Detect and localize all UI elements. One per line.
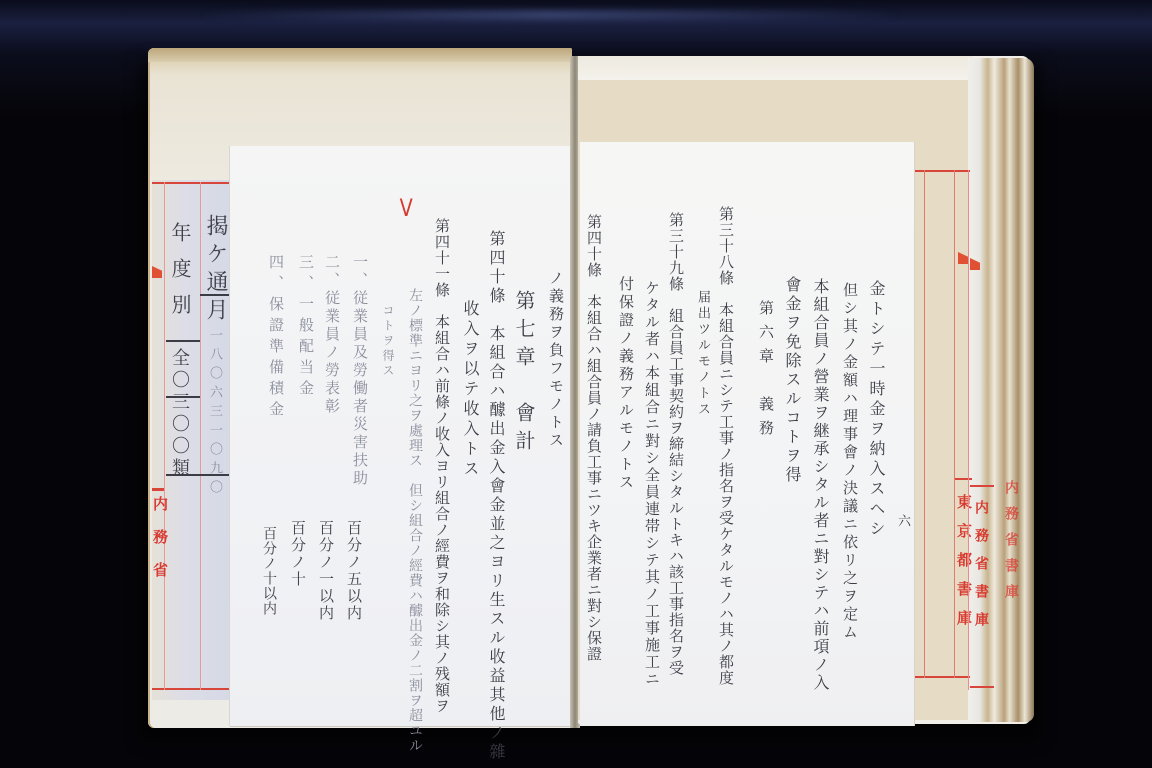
- amount-4: 百分ノ十以内: [262, 526, 276, 616]
- text-col: 左ノ標準ニヨリ之ヲ處理ス 但シ組合ノ經費ハ醵出金ノ二割ヲ超ユル: [408, 288, 422, 753]
- red-stamp-archive-rear: 内務省書庫: [1004, 480, 1018, 610]
- red-rule-bottom: [910, 676, 970, 678]
- article-41: 第四十一條 本組合ハ前條ノ收入ヨリ組合ノ經費ヲ和除シ其ノ残額ヲ: [434, 218, 449, 714]
- edge-red-rule: [968, 170, 969, 690]
- amount-2: 百分ノ一以内: [318, 520, 333, 622]
- strip-year: 年度別: [170, 222, 190, 330]
- list-item-2: 二、従業員ノ勞表彰: [324, 254, 339, 416]
- text-col: 但シ其ノ金額ハ理事會ノ決議ニ依リ之ヲ定ム: [842, 282, 857, 642]
- chapter-heading: 第六章 義務: [758, 300, 773, 444]
- strip-class: 全〇三〇〇類: [170, 348, 188, 480]
- text-col: 付保證ノ義務アルモノトス: [618, 276, 633, 492]
- article-38: 第三十八條 本組合員ニシテ工事ノ指名ヲ受ケタルモノハ其ノ都度: [718, 206, 733, 686]
- amount-3: 百分ノ十: [290, 520, 305, 588]
- red-stamp-ministry: 内務省: [152, 496, 167, 595]
- text-col: 本組合員ノ營業ヲ継承シタル者ニ對シテハ前項ノ入: [812, 278, 828, 692]
- right-ruled-form: 東京都書庫: [910, 168, 972, 688]
- chapter-heading: 第七章 會計: [514, 290, 534, 458]
- left-board-top-edge: [148, 48, 572, 62]
- filing-label-strip: 揭ケ通月 一八〇六三一〇九〇 年度別 全〇三〇〇類 内務省: [152, 180, 232, 700]
- list-item-1: 一、従業員及勞働者災害扶助: [352, 254, 367, 488]
- red-rule-middle: [200, 182, 201, 690]
- article-39: 第三十九條 組合員工事契約ヲ締結シタルトキハ該工事指名ヲ受: [668, 212, 683, 676]
- text-col: 金トシテ一時金ヲ納入スヘシ: [868, 280, 884, 540]
- text-col: ケタル者ハ本組合ニ對シ全員連帯シテ其ノ工事施工ニ: [644, 280, 659, 688]
- red-index-tab: [152, 266, 162, 278]
- strip-number: 一八〇六三一〇九〇: [208, 328, 221, 499]
- text-col: コトヲ得ス: [382, 304, 394, 379]
- article-40: 第四十條 本組合ハ醵出金入會金並之ヨリ生スル收益其他ノ雜: [488, 230, 504, 762]
- red-rule-left: [164, 182, 165, 690]
- red-rule-top: [910, 170, 970, 172]
- list-item-3: 三、一般配当金: [298, 254, 313, 401]
- text-col: 届出ツルモノトス: [696, 290, 709, 418]
- edge-red-rule-h: [970, 686, 994, 688]
- text-col: ノ義務ヲ負フモノトス: [548, 270, 563, 450]
- right-board-top-edge: [578, 56, 973, 80]
- text-col: 收入ヲ以テ收入トス: [462, 300, 478, 480]
- red-index-tab: [958, 252, 968, 264]
- edge-red-rule-h: [970, 485, 994, 487]
- red-rule-left: [924, 170, 925, 678]
- red-rule-mark: [954, 478, 972, 480]
- strip-title-1: 揭ケ通月: [204, 214, 226, 326]
- article-40-right: 第四十條 本組合ハ組合員ノ請負工事ニツキ企業者ニ對シ保證: [586, 214, 601, 662]
- red-check-mark: V: [400, 194, 413, 222]
- red-rule-mark: [152, 488, 164, 491]
- list-item-4: 四、保證準備積金: [268, 254, 283, 422]
- text-col: 會金ヲ免除スルコトヲ得: [784, 276, 800, 485]
- amount-1: 百分ノ五以内: [346, 520, 361, 622]
- ink-rule: [166, 340, 200, 342]
- page-number: 六: [896, 514, 909, 529]
- display-case-rim: [200, 10, 900, 20]
- red-stamp-archive: 内務省書庫: [974, 500, 988, 640]
